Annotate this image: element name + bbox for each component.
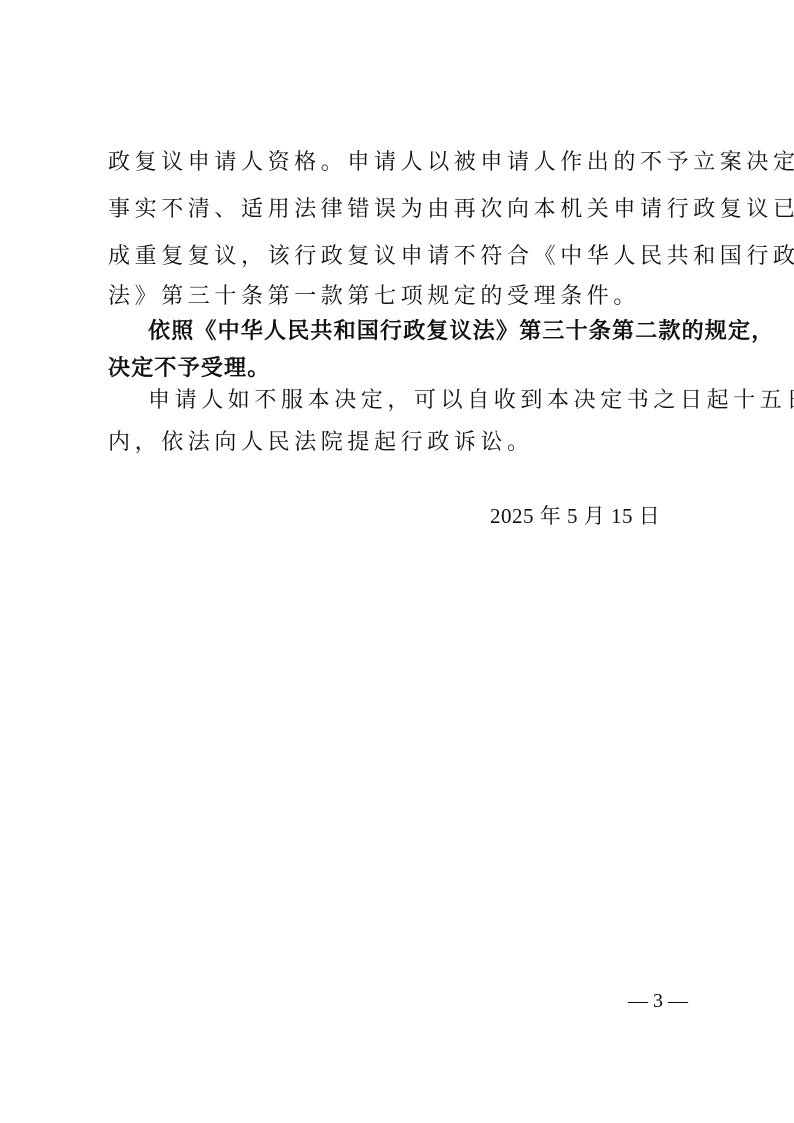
paragraph-line: 法》第三十条第一款第七项规定的受理条件。 xyxy=(108,284,698,310)
paragraph-line: 政复议申请人资格。申请人以被申请人作出的不予立案决定认定 xyxy=(108,150,698,176)
page-number: — 3 — xyxy=(628,990,688,1013)
appeal-notice-line: 内，依法向人民法院提起行政诉讼。 xyxy=(108,430,698,456)
appeal-notice-line: 申请人如不服本决定，可以自收到本决定书之日起十五日 xyxy=(148,388,738,414)
paragraph-line: 事实不清、适用法律错误为由再次向本机关申请行政复议已经构 xyxy=(108,197,698,223)
decision-line: 决定不予受理。 xyxy=(108,356,698,382)
decision-basis-line: 依照《中华人民共和国行政复议法》第三十条第二款的规定， xyxy=(148,319,738,345)
document-page: 政复议申请人资格。申请人以被申请人作出的不予立案决定认定 事实不清、适用法律错误… xyxy=(0,0,794,1123)
document-date: 2025 年 5 月 15 日 xyxy=(490,500,660,530)
paragraph-line: 成重复复议，该行政复议申请不符合《中华人民共和国行政复议 xyxy=(108,244,698,270)
